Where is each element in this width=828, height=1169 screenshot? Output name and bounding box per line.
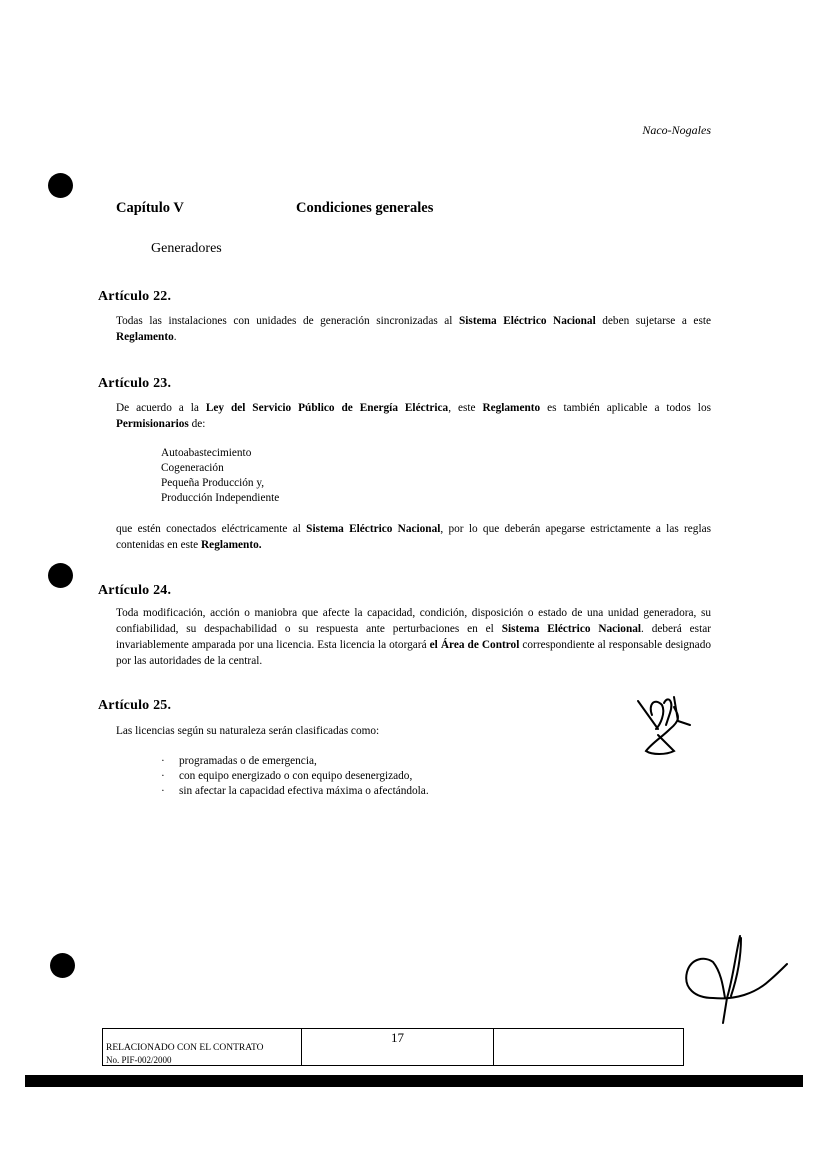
- header-location: Naco-Nogales: [560, 123, 711, 138]
- punch-hole-bottom: [50, 953, 75, 978]
- chapter-subtitle: Generadores: [151, 241, 222, 257]
- bottom-scan-bar: [25, 1075, 803, 1087]
- empty-cell: [494, 1029, 683, 1065]
- punch-hole-middle: [48, 563, 73, 588]
- footer-table: RELACIONADO CON EL CONTRATO No. PIF-002/…: [102, 1028, 684, 1066]
- bullet-icon: ·: [161, 784, 179, 799]
- list-item: · programadas o de emergencia,: [161, 754, 429, 769]
- contract-number: No. PIF-002/2000: [106, 1055, 172, 1065]
- article-23-closing: que estén conectados eléctricamente al S…: [116, 521, 711, 553]
- list-item: Autoabastecimiento: [161, 446, 279, 461]
- bullet-icon: ·: [161, 754, 179, 769]
- article-25-title: Artículo 25.: [98, 698, 171, 714]
- signature: [675, 928, 795, 1028]
- article-23-title: Artículo 23.: [98, 376, 171, 392]
- article-25-paragraph: Las licencias según su naturaleza serán …: [116, 723, 711, 739]
- page-number: 17: [302, 1030, 493, 1046]
- chapter-number: Capítulo V: [116, 200, 184, 217]
- article-23-paragraph: De acuerdo a la Ley del Servicio Público…: [116, 400, 711, 432]
- licence-types-list: · programadas o de emergencia, · con equ…: [161, 754, 429, 799]
- bullet-icon: ·: [161, 769, 179, 784]
- list-item: Pequeña Producción y,: [161, 476, 279, 491]
- article-22-title: Artículo 22.: [98, 289, 171, 305]
- article-22-paragraph: Todas las instalaciones con unidades de …: [116, 313, 711, 345]
- page-number-cell: 17: [302, 1029, 494, 1065]
- contract-cell: RELACIONADO CON EL CONTRATO No. PIF-002/…: [103, 1029, 302, 1065]
- contract-label: RELACIONADO CON EL CONTRATO: [106, 1043, 264, 1053]
- punch-hole-top: [48, 173, 73, 198]
- article-24-paragraph: Toda modificación, acción o maniobra que…: [116, 605, 711, 669]
- list-item: · con equipo energizado o con equipo des…: [161, 769, 429, 784]
- article-24-title: Artículo 24.: [98, 583, 171, 599]
- chapter-title: Condiciones generales: [296, 200, 433, 217]
- list-item: Cogeneración: [161, 461, 279, 476]
- list-item: Producción Independiente: [161, 491, 279, 506]
- signature-initials: [630, 685, 700, 760]
- list-item: · sin afectar la capacidad efectiva máxi…: [161, 784, 429, 799]
- permisionarios-list: Autoabastecimiento Cogeneración Pequeña …: [161, 446, 279, 506]
